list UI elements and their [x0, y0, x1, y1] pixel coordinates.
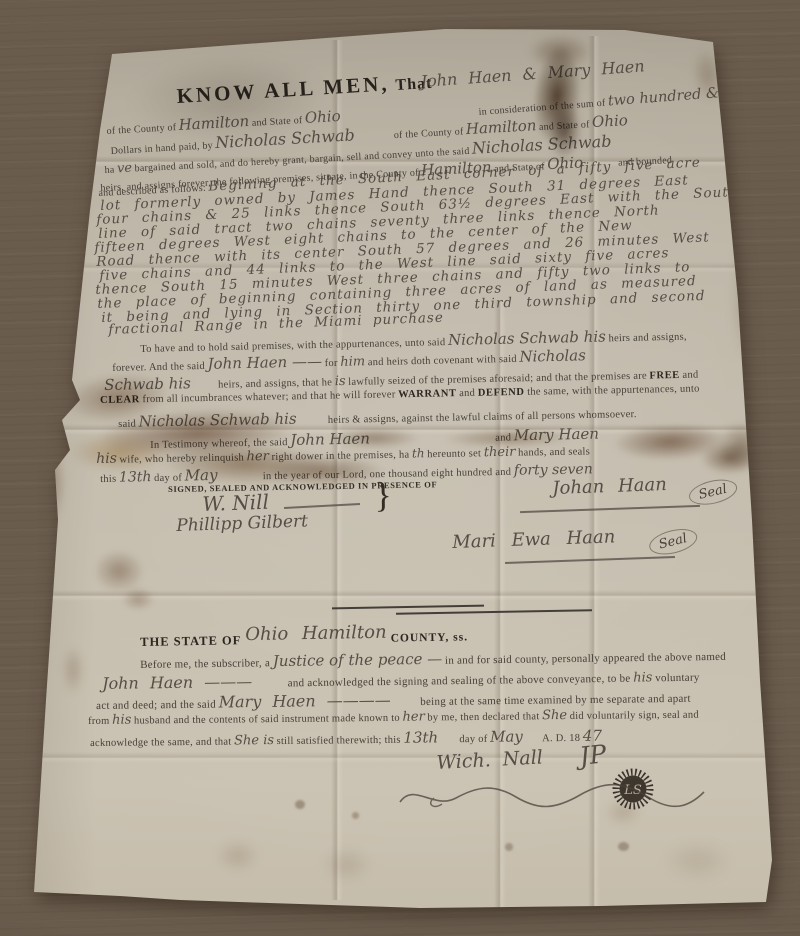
stain-spot [618, 842, 629, 851]
seal-script: Seal [647, 525, 700, 559]
tape-patch [60, 428, 180, 476]
printed-text: hereunto set [427, 448, 481, 460]
printed-text: ha [104, 164, 115, 176]
stain [315, 842, 379, 888]
printed-text: act and deed; and the said [96, 699, 216, 712]
printed-bold-text: COUNTY, ss. [391, 631, 469, 644]
printed-text: from [88, 716, 110, 727]
handwritten-text: th [412, 446, 425, 460]
deed-line-consideration: in consideration of the sum of two hundr… [478, 79, 800, 119]
printed-text: and [682, 370, 698, 381]
witness-signature: Phillipp Gilbert [176, 511, 308, 536]
printed-text: heirs and assigns, [608, 332, 687, 345]
handwritten-text: his [112, 713, 131, 728]
printed-text: heirs, and assigns, that he [218, 377, 332, 390]
handwritten-text: Ohio [592, 111, 629, 131]
handwritten-text: 13th [403, 728, 438, 746]
printed-text: being at the same time examined by me se… [420, 693, 691, 708]
handwritten-text: is [335, 374, 346, 389]
printed-text: and acknowledged the signing and sealing… [288, 673, 631, 690]
pen-dash [284, 503, 360, 508]
seal-script: Seal [687, 476, 739, 509]
certificate-state-line: THE STATE OF Ohio Hamilton COUNTY, ss. [140, 624, 468, 651]
handwritten-text: She is [234, 733, 274, 748]
stain [712, 416, 772, 476]
justice-title-monogram: JP [578, 739, 608, 771]
handwritten-text: Justice of the peace — [273, 650, 443, 670]
pen-flourish [396, 778, 708, 814]
stain [250, 452, 400, 490]
stain-spot [295, 800, 305, 809]
handwritten-text: his [633, 670, 652, 685]
printed-text: the same, with the appurtenances, unto [527, 383, 700, 397]
fold-crease [36, 752, 772, 763]
printed-bold-text: FREE [649, 370, 680, 382]
printed-text: by me, then declared that [427, 711, 539, 723]
handwritten-text: him [340, 354, 365, 370]
printed-bold-text: WARRANT [398, 388, 457, 400]
printed-bold-text: THE STATE OF [140, 633, 241, 649]
seal-annotation: Seal [688, 479, 738, 505]
stain [60, 640, 86, 700]
printed-text: did voluntarily sign, seal and [570, 710, 699, 722]
blank-space [357, 138, 391, 140]
justice-signature: Wich. Nall [436, 746, 543, 774]
printed-text: day of [459, 734, 487, 745]
stain-spot [505, 843, 513, 851]
stain [34, 436, 68, 532]
handwritten-text: Mary Haen ———— [219, 690, 391, 711]
paper-wrap: KNOW ALL MEN,That John Haen & Mary Haen … [0, 0, 800, 936]
handwritten-text: her [402, 709, 424, 724]
stain [730, 220, 754, 380]
section-divider-rule [332, 605, 484, 610]
printed-text: still satisfied therewith; this [277, 735, 401, 747]
deed-paper: KNOW ALL MEN,That John Haen & Mary Haen … [0, 0, 800, 936]
printed-text: and heirs doth covenant with said [368, 354, 517, 368]
stain [600, 795, 646, 829]
stain [118, 585, 158, 613]
handwritten-text: Ohio Hamilton [245, 622, 387, 645]
handwritten-text: ve [117, 161, 133, 177]
printed-text: in and for said county, personally appea… [445, 651, 726, 667]
printed-text: voluntary [655, 672, 700, 685]
printed-text: Before me, the subscriber, a [140, 657, 270, 671]
printed-text: acknowledge the same, and that [90, 737, 231, 749]
printed-text: A. D. 18 [542, 733, 580, 744]
handwritten-text: Hamilton [465, 116, 536, 138]
printed-text: husband and the contents of said instrum… [134, 713, 400, 727]
grantor-signature: Johan Haan [552, 474, 667, 499]
handwritten-text: May [490, 727, 523, 745]
printed-bold-text: DEFEND [478, 387, 525, 399]
stain [320, 425, 430, 451]
handwritten-text: She [542, 708, 567, 723]
printed-text: for [325, 358, 338, 369]
signature-underline [520, 505, 700, 513]
stain-spot [352, 812, 359, 819]
handwritten-text: John Haen —— [207, 352, 322, 373]
handwritten-text: Nicholas [519, 346, 586, 366]
seal-annotation: Seal [648, 529, 698, 555]
witness-signature: W. Nill [202, 490, 269, 516]
stain [210, 835, 265, 877]
photo-of-deed: KNOW ALL MEN,That John Haen & Mary Haen … [0, 0, 800, 936]
handwritten-text: John Haen ——— [102, 672, 252, 693]
printed-text: and [459, 388, 475, 399]
stain [655, 835, 740, 887]
